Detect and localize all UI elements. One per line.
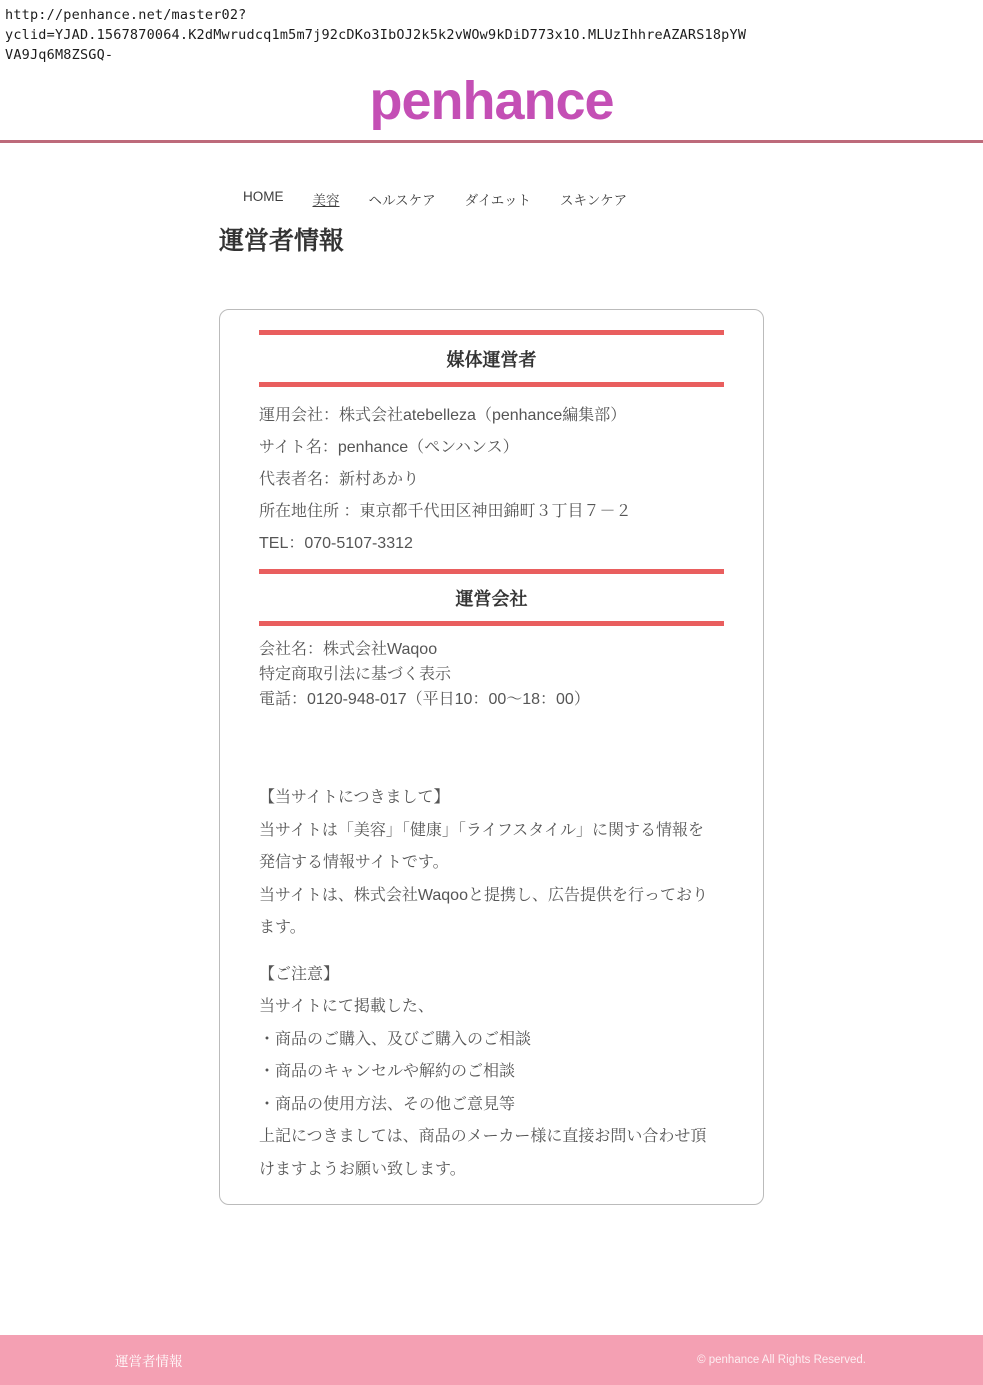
notice-line: ・商品の使用方法、その他ご意見等 — [259, 1089, 709, 1122]
page-title: 運営者情報 — [219, 221, 764, 257]
about-site-block: 【当サイトにつきまして】 当サイトは「美容」「健康」「ライフスタイル」に関する情… — [259, 782, 724, 945]
info-row-site-name: サイト名：penhance（ペンハンス） — [259, 432, 724, 464]
page-url-line1: http://penhance.net/master02?yclid=YJAD.… — [5, 5, 979, 45]
main-content: HOME 美容 ヘルスケア ダイエット スキンケア 運営者情報 媒体運営者 運用… — [219, 189, 764, 1205]
section-heading-operating-company: 運営会社 — [259, 585, 724, 611]
info-row-company-name: 会社名：株式会社Waqoo — [259, 637, 724, 662]
media-operator-rows: 運用会社：株式会社atebelleza（penhance編集部） サイト名：pe… — [259, 400, 724, 560]
site-logo[interactable]: penhance — [369, 68, 613, 134]
section-divider-bar — [259, 569, 724, 574]
notice-line: ・商品のご購入、及びご購入のご相談 — [259, 1024, 709, 1057]
page-url-line2: VA9Jq6M8ZSGQ- — [5, 45, 979, 65]
section-divider-bar — [259, 621, 724, 626]
info-row-phone: 電話：0120-948-017（平日10：00〜18：00） — [259, 687, 724, 712]
notice-line: 当サイトにて掲載した、 — [259, 991, 709, 1024]
section-divider-bar — [259, 382, 724, 387]
main-nav: HOME 美容 ヘルスケア ダイエット スキンケア — [243, 189, 764, 209]
notice-line: 上記につきましては、商品のメーカー様に直接お問い合わせ頂けますようお願い致します… — [259, 1121, 709, 1186]
info-row-operating-company: 運用会社：株式会社atebelleza（penhance編集部） — [259, 400, 724, 432]
section-divider-bar — [259, 330, 724, 335]
nav-item-skincare[interactable]: スキンケア — [560, 189, 627, 209]
section-heading-media-operator: 媒体運営者 — [259, 346, 724, 372]
about-site-line: 当サイトは、株式会社Waqooと提携し、広告提供を行っております。 — [259, 880, 709, 945]
operating-company-rows: 会社名：株式会社Waqoo 特定商取引法に基づく表示 電話：0120-948-0… — [259, 637, 724, 712]
about-site-heading: 【当サイトにつきまして】 — [259, 782, 709, 815]
info-row-tokusho-link: 特定商取引法に基づく表示 — [259, 662, 724, 687]
info-row-tel: TEL：070-5107-3312 — [259, 528, 724, 560]
footer-operator-info-link[interactable]: 運営者情報 — [115, 1350, 183, 1370]
footer: 運営者情報 © penhance All Rights Reserved. — [0, 1335, 983, 1385]
info-row-representative: 代表者名：新村あかり — [259, 464, 724, 496]
nav-item-home[interactable]: HOME — [243, 189, 284, 209]
page-url-text: http://penhance.net/master02?yclid=YJAD.… — [0, 0, 983, 65]
nav-item-beauty[interactable]: 美容 — [313, 189, 340, 209]
nav-item-healthcare[interactable]: ヘルスケア — [369, 189, 436, 209]
nav-item-diet[interactable]: ダイエット — [465, 189, 531, 209]
notice-line: ・商品のキャンセルや解約のご相談 — [259, 1056, 709, 1089]
about-site-line: 当サイトは「美容」「健康」「ライフスタイル」に関する情報を発信する情報サイトです… — [259, 815, 709, 880]
operator-info-box: 媒体運営者 運用会社：株式会社atebelleza（penhance編集部） サ… — [219, 309, 764, 1205]
notice-block: 【ご注意】 当サイトにて掲載した、 ・商品のご購入、及びご購入のご相談 ・商品の… — [259, 959, 724, 1187]
site-header: penhance — [0, 68, 983, 143]
notice-heading: 【ご注意】 — [259, 959, 709, 992]
footer-copyright: © penhance All Rights Reserved. — [697, 1354, 866, 1366]
info-row-address: 所在地住所 ：東京都千代田区神田錦町３丁目７－２ — [259, 496, 724, 528]
